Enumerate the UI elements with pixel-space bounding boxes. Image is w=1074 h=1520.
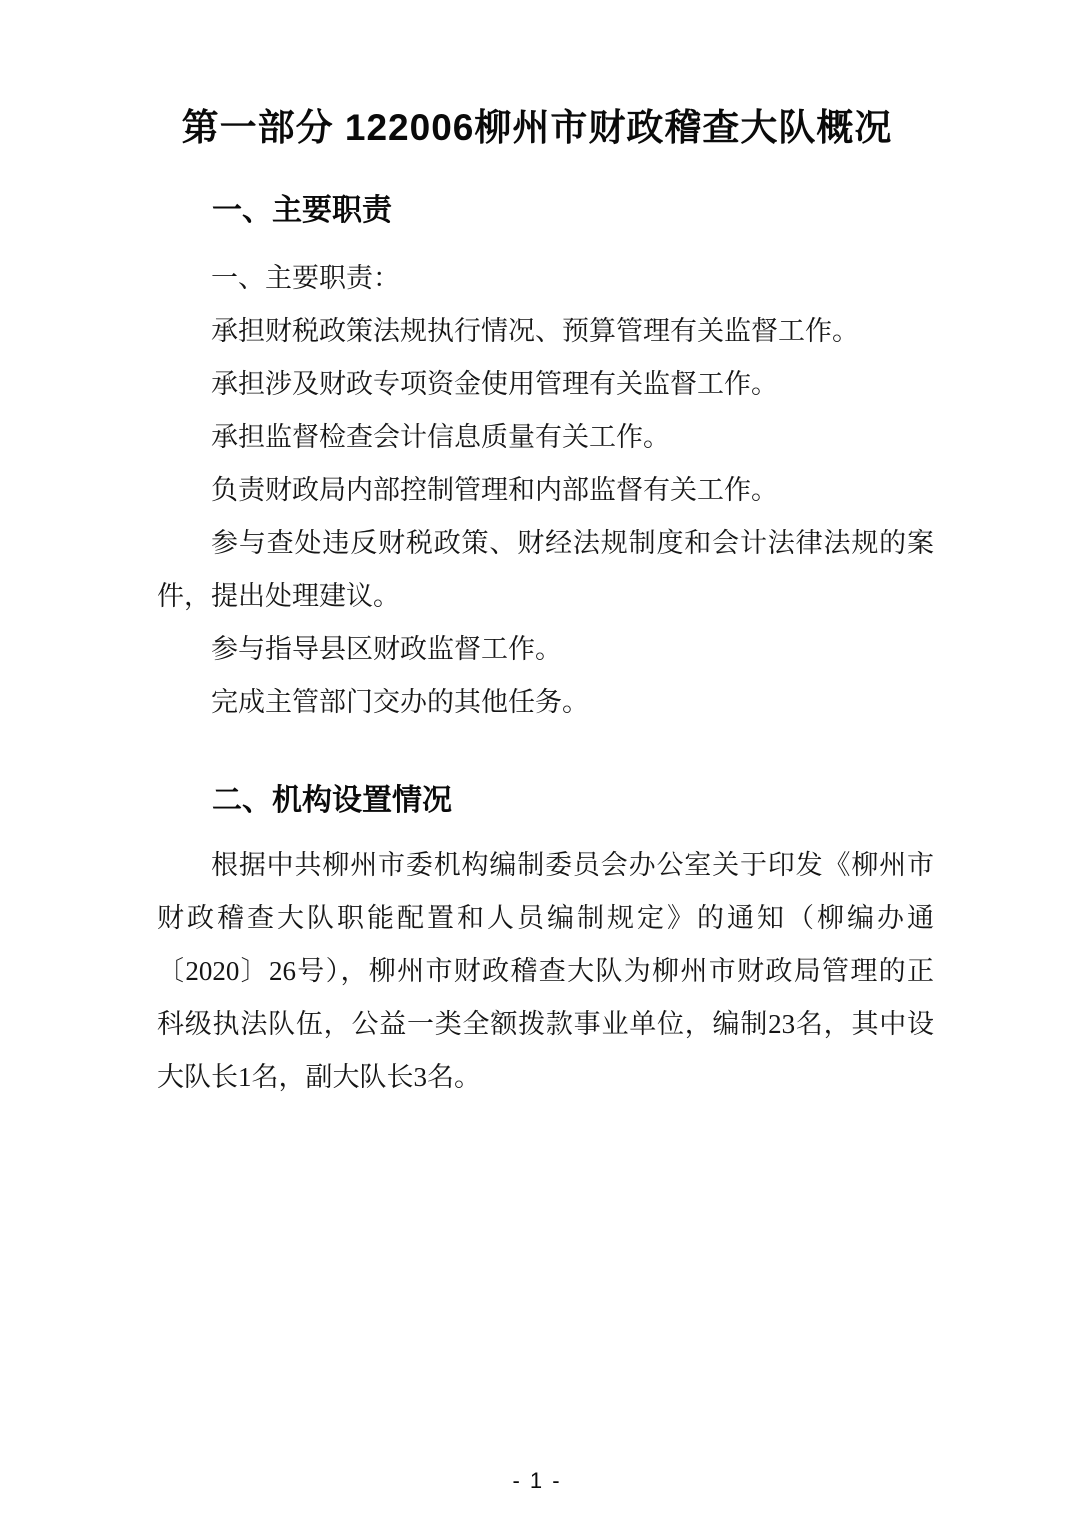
body-text-line: 参与指导县区财政监督工作。 [157, 623, 934, 676]
body-text-line: 参与查处违反财税政策、财经法规制度和会计法律法规的案 [157, 517, 934, 570]
body-text-line: 大队长1名，副大队长3名。 [157, 1051, 934, 1104]
body-text-line: 负责财政局内部控制管理和内部监督有关工作。 [157, 464, 934, 517]
body-text-line: 财政稽查大队职能配置和人员编制规定》的通知（柳编办通 [157, 892, 934, 945]
body-text-line: 承担监督检查会计信息质量有关工作。 [157, 411, 934, 464]
body-text-line: 一、主要职责： [157, 252, 934, 305]
section-body-org-setup: 根据中共柳州市委机构编制委员会办公室关于印发《柳州市财政稽查大队职能配置和人员编… [157, 839, 934, 1104]
section-heading-main-duties: 一、主要职责 [212, 195, 934, 226]
page-number: - 1 - [0, 1468, 1074, 1494]
document-content: 一、主要职责 一、主要职责：承担财税政策法规执行情况、预算管理有关监督工作。承担… [0, 195, 1074, 1104]
document-page: 第一部分 122006柳州市财政稽查大队概况 一、主要职责 一、主要职责：承担财… [0, 0, 1074, 1520]
body-text-line: 件，提出处理建议。 [157, 570, 934, 623]
body-text-line: 科级执法队伍，公益一类全额拨款事业单位，编制23名，其中设 [157, 998, 934, 1051]
document-title: 第一部分 122006柳州市财政稽查大队概况 [0, 0, 1074, 154]
body-text-line: 完成主管部门交办的其他任务。 [157, 676, 934, 729]
body-text-line: 承担涉及财政专项资金使用管理有关监督工作。 [157, 358, 934, 411]
section-body-main-duties: 一、主要职责：承担财税政策法规执行情况、预算管理有关监督工作。承担涉及财政专项资… [157, 252, 934, 729]
body-text-line: 根据中共柳州市委机构编制委员会办公室关于印发《柳州市 [157, 839, 934, 892]
body-text-line: 〔2020〕26号），柳州市财政稽查大队为柳州市财政局管理的正 [157, 945, 934, 998]
section-heading-org-setup: 二、机构设置情况 [212, 785, 934, 816]
body-text-line: 承担财税政策法规执行情况、预算管理有关监督工作。 [157, 305, 934, 358]
